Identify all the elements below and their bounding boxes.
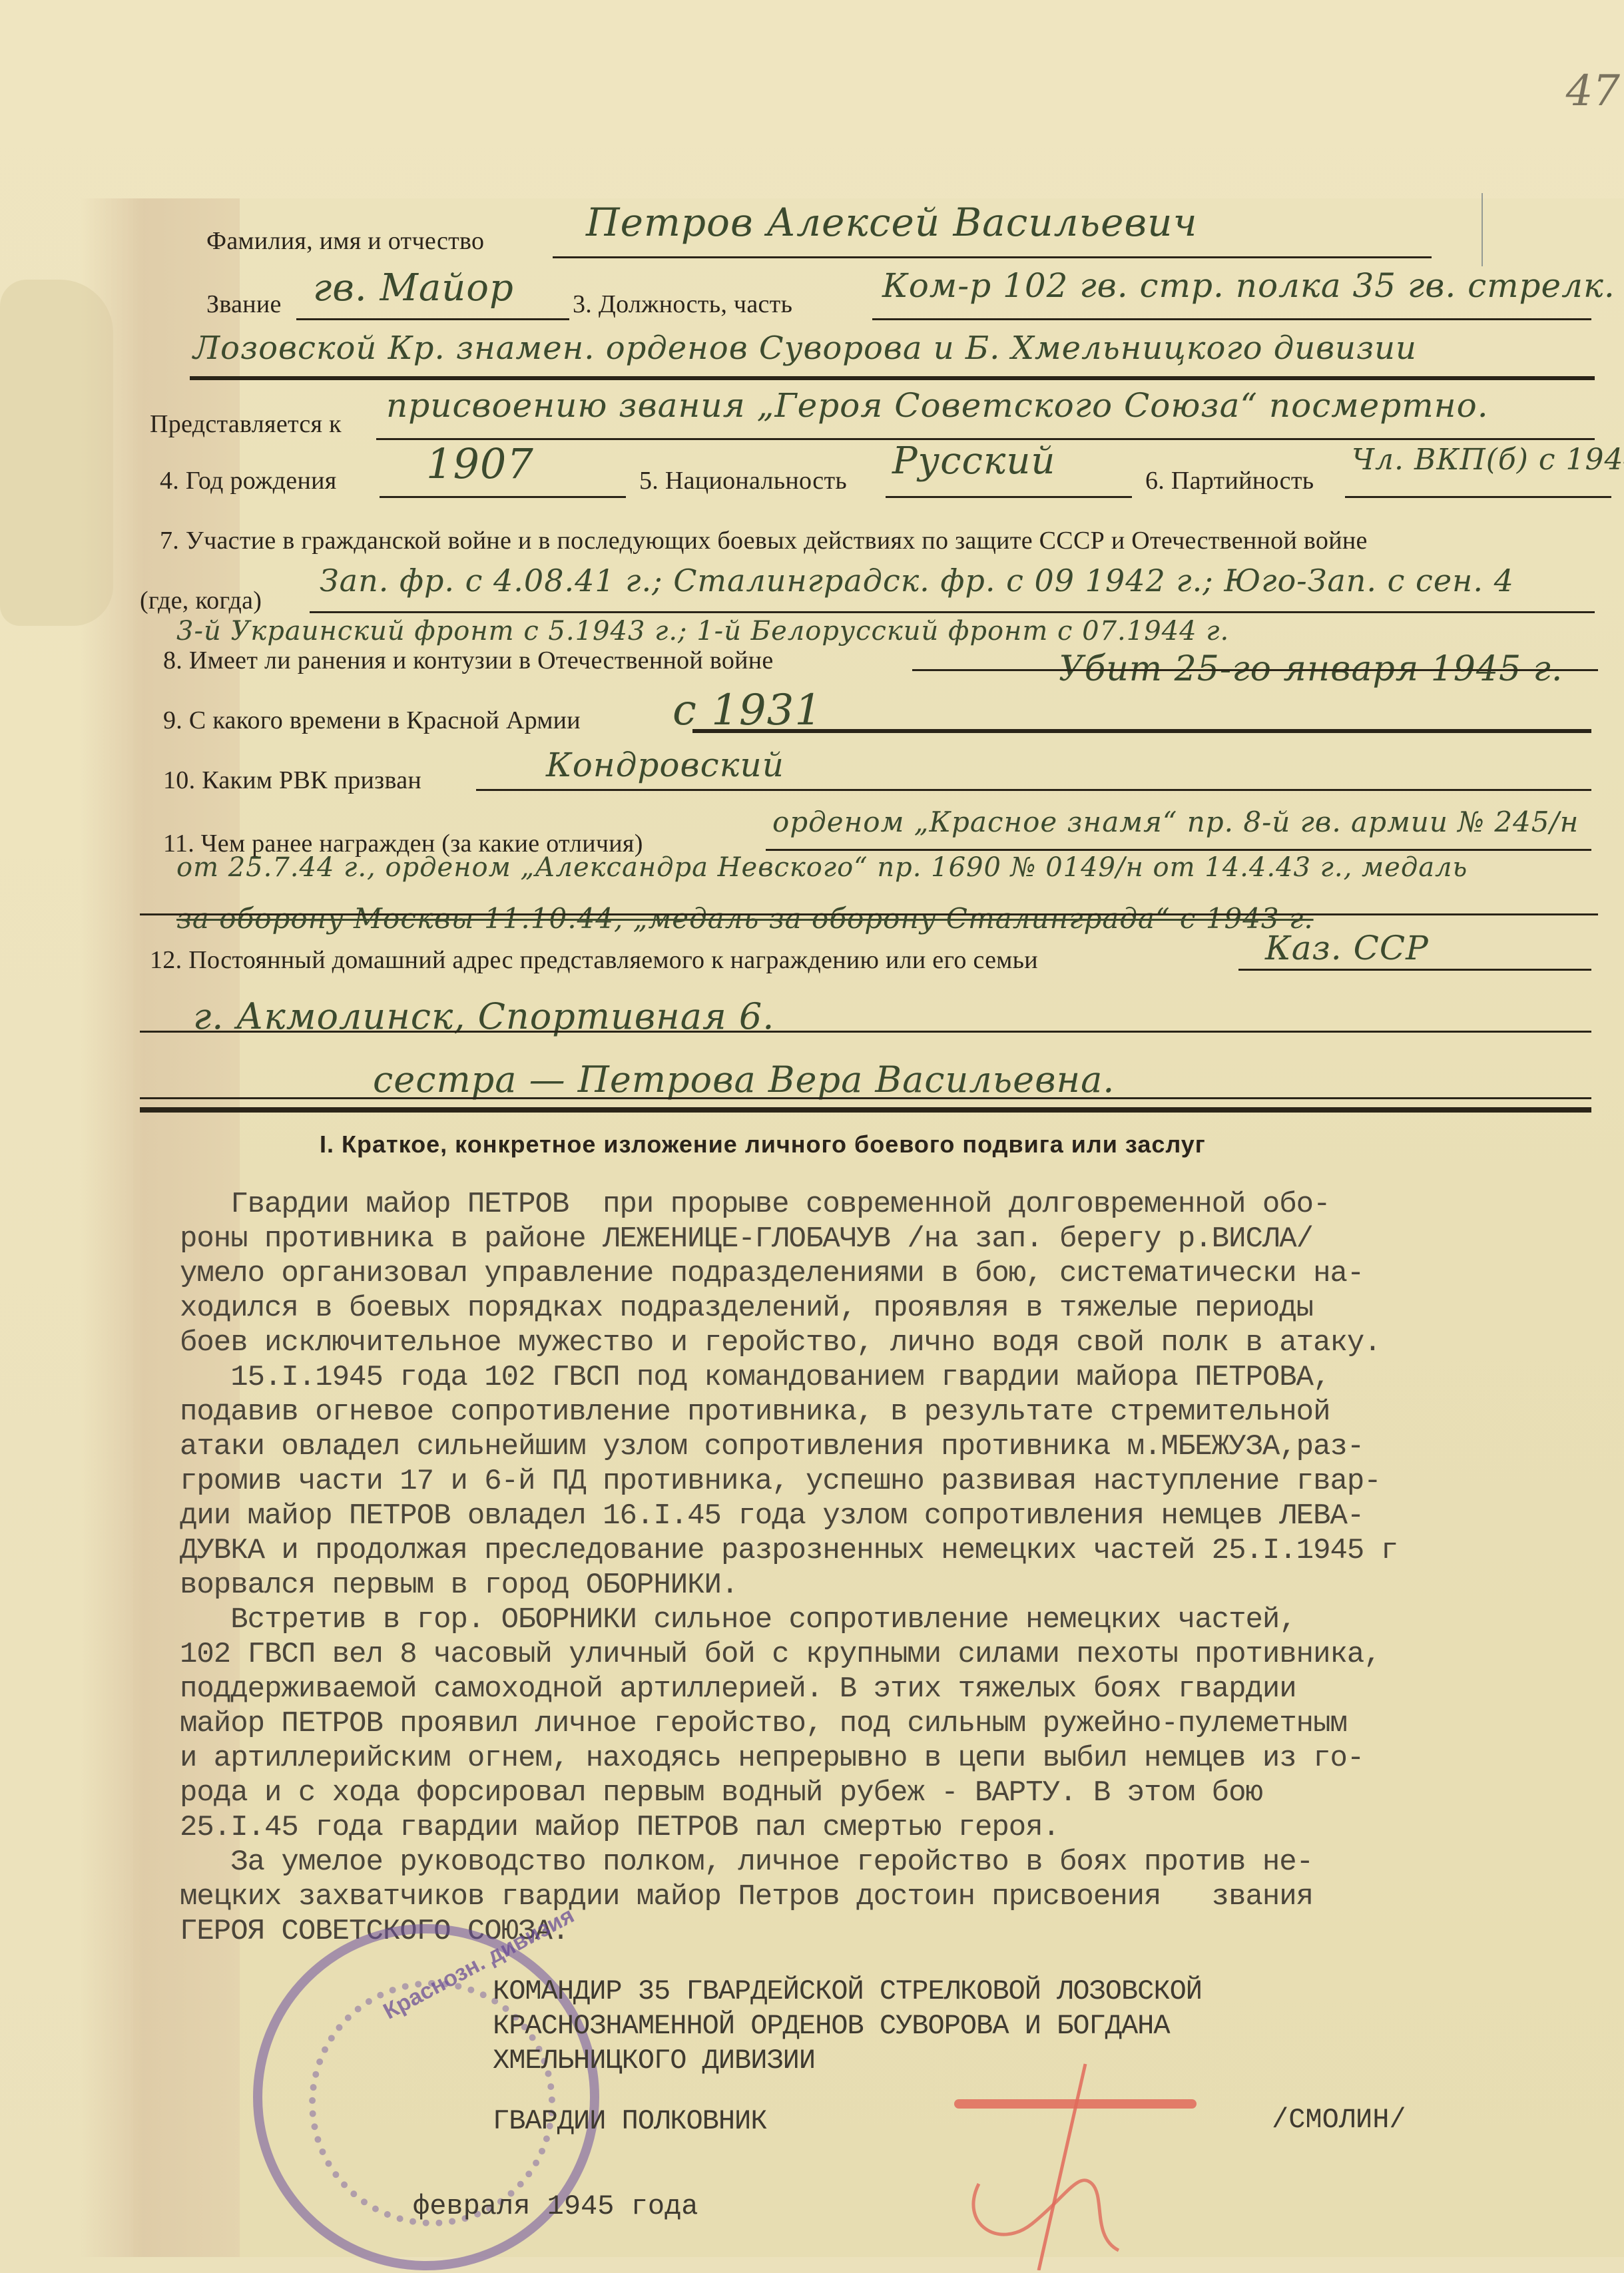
address-value: Каз. ССР xyxy=(1265,929,1429,967)
address-label: 12. Постоянный домашний адрес представля… xyxy=(150,945,1038,975)
awards-line-3: за оборону Москвы 11.10.44, „медаль за о… xyxy=(176,902,1314,935)
narrative-line: ДУВКА и продолжая преследование разрозне… xyxy=(180,1531,1611,1570)
address-underline xyxy=(1238,969,1591,971)
narrative-line: За умелое руководство полком, личное гер… xyxy=(180,1843,1611,1882)
narrative-line: мецких захватчиков гвардии майор Петров … xyxy=(180,1878,1611,1916)
narrative-line: рода и с хода форсировал первым водный р… xyxy=(180,1774,1611,1812)
narrative-line: 15.I.1945 года 102 ГВСП под командование… xyxy=(180,1358,1611,1397)
signature-line: КОМАНДИР 35 ГВАРДЕЙСКОЙ СТРЕЛКОВОЙ ЛОЗОВ… xyxy=(493,1974,1202,2009)
participation-value: Зап. фр. с 4.08.41 г.; Сталинградск. фр.… xyxy=(320,563,1514,599)
narrative-line: громив части 17 и 6-й ПД противника, усп… xyxy=(180,1462,1611,1501)
fio-label: Фамилия, имя и отчество xyxy=(206,226,484,256)
rank-value: гв. Майор xyxy=(313,266,514,310)
address-underline-3 xyxy=(140,1097,1591,1099)
red-signature-icon xyxy=(919,2051,1252,2270)
awards-line-2: от 25.7.44 г., орденом „Александра Невск… xyxy=(176,852,1468,883)
birth-year-label: 4. Год рождения xyxy=(160,466,337,495)
rank-underline xyxy=(296,318,569,320)
signature-rank: ГВАРДИИ ПОЛКОВНИК xyxy=(493,2104,766,2139)
position-label: 3. Должность, часть xyxy=(573,290,792,319)
narrative-line: роны противника в районе ЛЕЖЕНИЦЕ-ГЛОБАЧ… xyxy=(180,1220,1611,1258)
army-since-label: 9. С какого времени в Красной Армии xyxy=(163,706,581,735)
nominated-label: Представляется к xyxy=(150,409,342,439)
awards-underline-2 xyxy=(140,913,1598,915)
position-value: Ком-р 102 гв. стр. полка 35 гв. стрелк. xyxy=(882,266,1615,305)
narrative-line: 102 ГВСП вел 8 часовый уличный бой с кру… xyxy=(180,1635,1611,1674)
narrative-line: Встретив в гор. ОБОРНИКИ сильное сопроти… xyxy=(180,1601,1611,1639)
section-divider xyxy=(140,1107,1591,1113)
participation-value-continued: 3-й Украинский фронт с 5.1943 г.; 1-й Бе… xyxy=(176,616,1229,646)
participation-label: 7. Участие в гражданской войне и в после… xyxy=(160,526,1368,555)
fio-value: Петров Алексей Васильевич xyxy=(586,200,1198,245)
narrative-line: Гвардии майор ПЕТРОВ при прорыве совреме… xyxy=(180,1185,1611,1224)
narrative-line: 25.I.45 года гвардии майор ПЕТРОВ пал см… xyxy=(180,1808,1611,1847)
narrative-line: подавив огневое сопротивление противника… xyxy=(180,1393,1611,1431)
narrative-line: ходился в боевых порядках подразделений,… xyxy=(180,1289,1611,1328)
rvk-underline xyxy=(476,789,1591,791)
narrative-line: и артиллерийским огнем, находясь непреры… xyxy=(180,1739,1611,1778)
rvk-value: Кондровский xyxy=(546,746,784,784)
wounds-underline xyxy=(912,669,1598,671)
signatory-name: /СМОЛИН/ xyxy=(1272,2104,1406,2136)
participation-underline xyxy=(310,611,1595,613)
birth-year-value: 1907 xyxy=(426,439,534,488)
position-underline-2 xyxy=(190,376,1595,380)
signature-line: КРАСНОЗНАМЕННОЙ ОРДЕНОВ СУВОРОВА И БОГДА… xyxy=(493,2009,1170,2043)
nationality-label: 5. Национальность xyxy=(639,466,847,495)
narrative-line: дии майор ПЕТРОВ овладел 16.I.45 года уз… xyxy=(180,1497,1611,1535)
army-since-underline xyxy=(692,729,1591,733)
position-underline xyxy=(872,318,1591,320)
address-underline-2 xyxy=(140,1031,1591,1033)
narrative-line: атаки овладел сильнейшим узлом сопротивл… xyxy=(180,1427,1611,1466)
narrative-line: поддерживаемой самоходной артиллерией. В… xyxy=(180,1670,1611,1708)
awards-underline-1 xyxy=(766,849,1591,851)
awards-line-1: орденом „Красное знамя“ пр. 8-й гв. арми… xyxy=(772,806,1579,838)
rvk-label: 10. Каким РВК призван xyxy=(163,766,421,795)
narrative-line: умело организовал управление подразделен… xyxy=(180,1254,1611,1293)
nationality-value: Русский xyxy=(892,439,1055,483)
signature-line: ХМЕЛЬНИЦКОГО ДИВИЗИИ xyxy=(493,2043,815,2078)
signature-date: февраля 1945 года xyxy=(413,2190,698,2222)
wounds-label: 8. Имеет ли ранения и контузии в Отечест… xyxy=(163,646,774,675)
narrative-line: ворвался первым в город ОБОРНИКИ. xyxy=(180,1566,1611,1605)
party-underline xyxy=(1345,496,1611,498)
archive-page-number: 47 xyxy=(1566,67,1620,116)
narrative-title: I. Краткое, конкретное изложение личного… xyxy=(320,1131,1206,1158)
address-line-3: сестра — Петрова Вера Васильевна. xyxy=(373,1059,1115,1101)
narrative-line: боев исключительное мужество и геройство… xyxy=(180,1324,1611,1362)
rank-label: Звание xyxy=(206,290,282,319)
position-value-continued: Лозовской Кр. знамен. орденов Суворова и… xyxy=(193,330,1417,367)
narrative-line: майор ПЕТРОВ проявил личное геройство, п… xyxy=(180,1704,1611,1743)
participation-sublabel: (где, когда) xyxy=(140,586,262,615)
fio-underline xyxy=(553,256,1432,258)
birth-year-underline xyxy=(380,496,626,498)
army-since-value: с 1931 xyxy=(673,686,822,735)
margin-line xyxy=(1482,193,1483,266)
nationality-underline xyxy=(886,496,1132,498)
party-value: Чл. ВКП(б) с 1944 г. xyxy=(1352,443,1624,477)
nominated-value: присвоению звания „Героя Советского Союз… xyxy=(386,386,1489,425)
party-label: 6. Партийность xyxy=(1145,466,1314,495)
